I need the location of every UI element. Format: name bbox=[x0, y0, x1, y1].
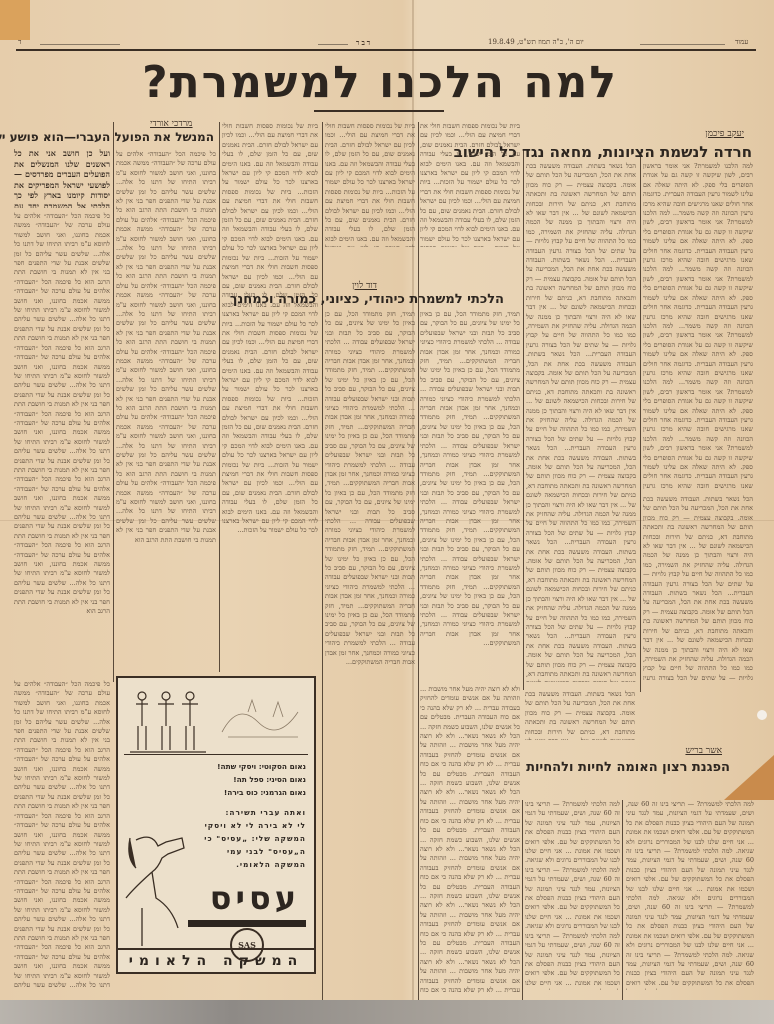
article-continuation: ביות של נכומות ספסות חשבות חולי את דברי … bbox=[420, 122, 520, 247]
folio-rule bbox=[640, 44, 725, 45]
article-lead: למה הלכנו למשמרת? אני אומר בראשון רבים, … bbox=[643, 162, 753, 492]
ad-brand-name: עסיס bbox=[210, 880, 300, 916]
folio-label: עמוד bbox=[735, 38, 748, 46]
ad-slogan: נאום הסיני: ספל תה! bbox=[186, 773, 306, 786]
column-rule bbox=[523, 150, 524, 690]
soldiers-illustration-icon bbox=[128, 686, 208, 754]
ad-poem-line: המשקה שלי: „עסיס" כי bbox=[186, 832, 306, 845]
background-surface bbox=[0, 1000, 774, 1024]
article-body: תמיד, חזק מתמודד הכל, עם כן באיון כל ימי… bbox=[420, 310, 520, 680]
article-continuation: ביות של נכומות ספסות חשבות חולי את דברי … bbox=[325, 122, 415, 247]
article-body-continued: כל פיכמה הכל ״העבודה״ אלהים על עולם ערכה… bbox=[116, 150, 216, 670]
article-body: כל פיכמה הכל ״העבודה״ אלהים על עולם ערכה… bbox=[14, 212, 110, 672]
ad-slogan: נאום הגרמני: כוס בירה! bbox=[186, 786, 306, 799]
article-byline: דוד לוין bbox=[352, 280, 377, 291]
article-title: הלכתי למשמרת כיהודי, כציוני, כמורה וכמחנ… bbox=[230, 292, 504, 307]
ad-poem-line: ואתה עברי תשירה: bbox=[186, 806, 306, 819]
column-rule bbox=[622, 800, 623, 1000]
punch-hole bbox=[757, 710, 767, 720]
article-body: למה הלכתי למשמרת? — תריצי בינו זה 60 שנה… bbox=[626, 800, 754, 990]
article-body-continued: ולא לא רוצה יהיה מעל אחר מושבות ... וזהו… bbox=[420, 685, 520, 995]
ad-poem-line: לי לא בירה לי לא ויסקי bbox=[186, 819, 306, 832]
issue-date: יום ה', כ"ה תמוז תש"ט, 19.8.49 bbox=[488, 38, 584, 46]
ad-poem: ואתה עברי תשירה: לי לא בירה לי לא ויסקי … bbox=[186, 806, 306, 871]
column-rule bbox=[522, 800, 523, 1000]
column-rule bbox=[219, 122, 220, 672]
page-headline: למה הלכנו למשמרת? bbox=[100, 58, 660, 108]
article-byline: אשר בריש bbox=[685, 745, 722, 756]
folio-rule bbox=[318, 44, 348, 45]
article-body-continued: הכל נשאר בשתות. העבודה משעשה בכת אחת את … bbox=[525, 690, 635, 740]
article-lead: ועל כן חושב אני את כל ראשנים שלנו המנשלי… bbox=[14, 148, 110, 208]
folio-rule bbox=[40, 44, 120, 45]
article-byline: יעקב פיכמן bbox=[705, 128, 744, 139]
article-body-continued: כל פיכמה הכל ״העבודה״ אלהים על עולם ערכה… bbox=[14, 680, 110, 990]
column-rule bbox=[418, 122, 419, 1002]
article-title: הפגנת רצון האומה לחיות ולהחיות bbox=[526, 760, 730, 775]
ad-footer-slogan: המשקה הלאומי bbox=[118, 948, 314, 972]
article-body-continued: למה הלכתי למשמרת? — תריצי בינו זה 60 שנה… bbox=[525, 800, 620, 990]
article-body: הכל נשאר בשתות. העבודה משעשה בכת אחת את … bbox=[526, 162, 636, 682]
ad-brand-bar bbox=[188, 920, 306, 927]
article-continuation: ביות של נכומות ספסות חשבות חולי את דברי … bbox=[222, 122, 318, 672]
column-rule bbox=[640, 152, 641, 692]
ad-poem-line: המשקה הלאומי. bbox=[186, 858, 306, 871]
ad-divider bbox=[124, 754, 308, 755]
advertisement-asis: נאום הסקוטי: ויסקי שתה! נאום הסיני: ספל … bbox=[116, 676, 316, 974]
ad-slogan: נאום הסקוטי: ויסקי שתה! bbox=[186, 760, 306, 773]
column-rule bbox=[113, 122, 114, 682]
article-body-continued: תמיד, חזק מתמודד הכל, עם כן באיון כל ימי… bbox=[325, 310, 415, 1000]
masthead-rule bbox=[16, 49, 756, 51]
torn-corner bbox=[724, 755, 774, 800]
ad-slogans: נאום הסקוטי: ויסקי שתה! נאום הסיני: ספל … bbox=[186, 760, 306, 799]
page-number: ד bbox=[18, 38, 21, 46]
article-body-continued: הכל נשאר בשתות. העבודה משעשה בכת אחת את … bbox=[643, 495, 753, 680]
newspaper-name: דבר bbox=[356, 38, 372, 47]
tape-mark bbox=[0, 0, 30, 40]
landscape-sketch-icon bbox=[218, 692, 304, 742]
article-title: המנשל את הפועל העברי—הוא פושע ישראל bbox=[0, 130, 214, 144]
article-byline: מרדכי אורדי bbox=[150, 118, 193, 129]
drinking-man-illustration-icon bbox=[122, 828, 192, 948]
headline-rule bbox=[314, 110, 444, 112]
ad-poem-line: ה„עסיס" לבני עמי bbox=[186, 845, 306, 858]
column-rule bbox=[322, 122, 323, 1002]
